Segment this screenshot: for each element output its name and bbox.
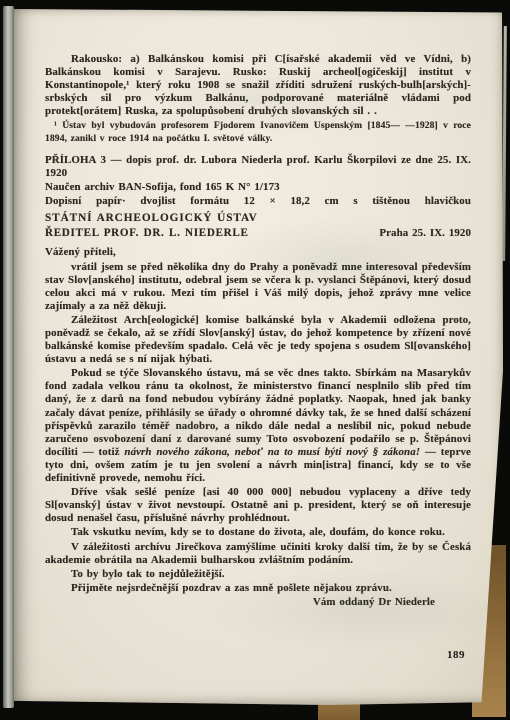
signature: Vám oddaný Dr Niederle — [45, 596, 471, 609]
archive-reference: Naučen archiv BAN-Sofija, fond 165 K N° … — [45, 181, 471, 194]
page-number: 189 — [447, 649, 465, 661]
letter-paragraph-2: Záležitost Arch[eologické] komise balkán… — [45, 314, 471, 366]
appendix-heading: PŘÍLOHA 3 — dopis prof. dr. Lubora Niede… — [45, 154, 471, 180]
salutation: Vážený příteli, — [45, 246, 471, 259]
page-edge-sliver — [502, 26, 507, 261]
letter-paragraph-1: vrátil jsem se před několika dny do Prah… — [45, 261, 471, 313]
book-page: Rakousko: a) Balkánskou komisi při C[ísa… — [14, 9, 503, 705]
facing-page-edge — [3, 6, 14, 708]
book-scan: Rakousko: a) Balkánskou komisi při C[ísa… — [0, 0, 510, 720]
italic-law-note: návrh nového zákona, neboť na to musí bý… — [124, 446, 420, 458]
letter-paragraph-6: V záležitosti archívu Jirečkova zamýšlím… — [45, 541, 471, 567]
letter-paragraph-7: To by bylo tak to nejdůležitější. — [45, 568, 471, 581]
letter-paragraph-8: Přijměte nejsrdečnější pozdrav a zas mně… — [45, 582, 471, 595]
letter-paragraph-5: Tak vskutku nevím, kdy se to dostane do … — [45, 526, 471, 539]
letter-paragraph-4: Dříve však sešlé peníze [asi 40 000 000]… — [45, 486, 471, 525]
format-description: Dopisní papír· dvojlist formátu 12 × 18,… — [45, 195, 471, 208]
letter-paragraph-3: Pokud se týče Slovanského ústavu, má se … — [45, 367, 471, 485]
page-text-column: Rakousko: a) Balkánskou komisi při C[ísa… — [45, 53, 471, 609]
letterhead-director: ŘEDITEL PROF. DR. L. NIEDERLE — [45, 227, 249, 240]
letterhead-director-row: ŘEDITEL PROF. DR. L. NIEDERLE Praha 25. … — [45, 227, 471, 240]
letter-paragraph-3-text: Pokud se týče Slovanského ústavu, má se … — [45, 367, 471, 458]
footnote: ¹ Ústav byl vybudován profesorem Fjodore… — [45, 120, 471, 144]
opening-paragraph: Rakousko: a) Balkánskou komisi při C[ísa… — [45, 53, 471, 118]
letterhead-place-date: Praha 25. IX. 1920 — [379, 227, 471, 240]
letterhead-institution: STÁTNÍ ARCHEOLOGICKÝ ÚSTAV — [45, 212, 471, 225]
